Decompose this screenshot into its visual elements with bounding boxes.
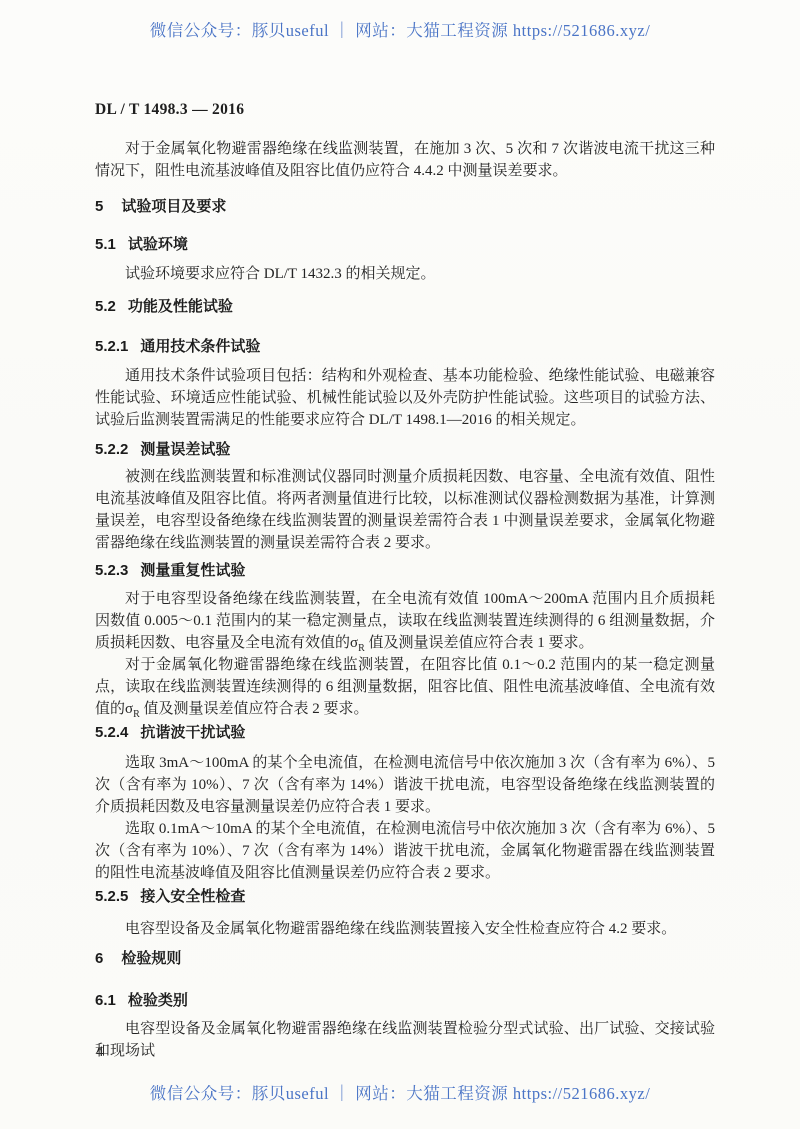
document-page: 微信公众号：豚贝useful ｜ 网站：大猫工程资源 https://52168… (0, 0, 800, 1129)
section-heading-6.1: 6.1检验类别 (95, 991, 715, 1011)
subscript: R (133, 709, 140, 720)
section-number: 5.2.4 (95, 724, 128, 741)
paragraph: 对于电容型设备绝缘在线监测装置，在全电流有效值 100mA～200mA 范围内且… (95, 588, 715, 654)
watermark-footer: 微信公众号：豚贝useful ｜ 网站：大猫工程资源 https://52168… (0, 1080, 800, 1104)
section-number: 5 (95, 198, 103, 215)
paragraph: 通用技术条件试验项目包括：结构和外观检查、基本功能检验、绝缘性能试验、电磁兼容性… (95, 365, 715, 431)
section-heading-5.2.3: 5.2.3测量重复性试验 (95, 561, 715, 581)
section-heading-6: 6检验规则 (95, 949, 715, 969)
section-heading-5: 5试验项目及要求 (95, 197, 715, 217)
section-heading-5.2.5: 5.2.5接入安全性检查 (95, 887, 715, 907)
section-heading-5.1: 5.1试验环境 (95, 235, 715, 255)
section-number: 6 (95, 950, 103, 967)
section-title: 功能及性能试验 (128, 298, 233, 315)
paragraph: 对于金属氧化物避雷器绝缘在线监测装置，在阻容比值 0.1～0.2 范围内的某一稳… (95, 654, 715, 720)
section-title: 测量误差试验 (140, 441, 230, 458)
paragraph: 电容型设备及金属氧化物避雷器绝缘在线监测装置接入安全性检查应符合 4.2 要求。 (95, 918, 715, 940)
section-number: 5.2.2 (95, 441, 128, 458)
section-title: 检验类别 (128, 992, 188, 1009)
section-title: 试验环境 (128, 236, 188, 253)
intro-paragraph: 对于金属氧化物避雷器绝缘在线监测装置，在施加 3 次、5 次和 7 次谐波电流干… (95, 138, 715, 182)
section-heading-5.2: 5.2功能及性能试验 (95, 297, 715, 317)
watermark-header: 微信公众号：豚贝useful ｜ 网站：大猫工程资源 https://52168… (0, 17, 800, 41)
subscript: R (358, 643, 365, 654)
section-number: 5.2 (95, 298, 116, 315)
section-number: 6.1 (95, 992, 116, 1009)
section-title: 检验规则 (121, 950, 181, 967)
section-title: 抗谐波干扰试验 (140, 724, 245, 741)
document-content: 对于金属氧化物避雷器绝缘在线监测装置，在施加 3 次、5 次和 7 次谐波电流干… (95, 138, 715, 1062)
paragraph: 试验环境要求应符合 DL/T 1432.3 的相关规定。 (95, 263, 715, 285)
paragraph: 被测在线监测装置和标准测试仪器同时测量介质损耗因数、电容量、全电流有效值、阻性电… (95, 466, 715, 554)
section-title: 测量重复性试验 (140, 562, 245, 579)
paragraph: 选取 0.1mA～10mA 的某个全电流值，在检测电流信号中依次施加 3 次（含… (95, 818, 715, 884)
section-title: 接入安全性检查 (140, 888, 245, 905)
paragraph: 电容型设备及金属氧化物避雷器绝缘在线监测装置检验分型式试验、出厂试验、交接试验和… (95, 1018, 715, 1062)
section-number: 5.2.1 (95, 338, 128, 355)
section-heading-5.2.2: 5.2.2测量误差试验 (95, 440, 715, 460)
section-number: 5.1 (95, 236, 116, 253)
page-number: 4 (96, 1044, 104, 1061)
section-heading-5.2.4: 5.2.4抗谐波干扰试验 (95, 723, 715, 743)
paragraph: 选取 3mA～100mA 的某个全电流值，在检测电流信号中依次施加 3 次（含有… (95, 752, 715, 818)
section-heading-5.2.1: 5.2.1通用技术条件试验 (95, 337, 715, 357)
section-number: 5.2.3 (95, 562, 128, 579)
section-number: 5.2.5 (95, 888, 128, 905)
section-title: 通用技术条件试验 (140, 338, 260, 355)
standard-code: DL / T 1498.3 — 2016 (95, 101, 244, 119)
section-title: 试验项目及要求 (121, 198, 226, 215)
